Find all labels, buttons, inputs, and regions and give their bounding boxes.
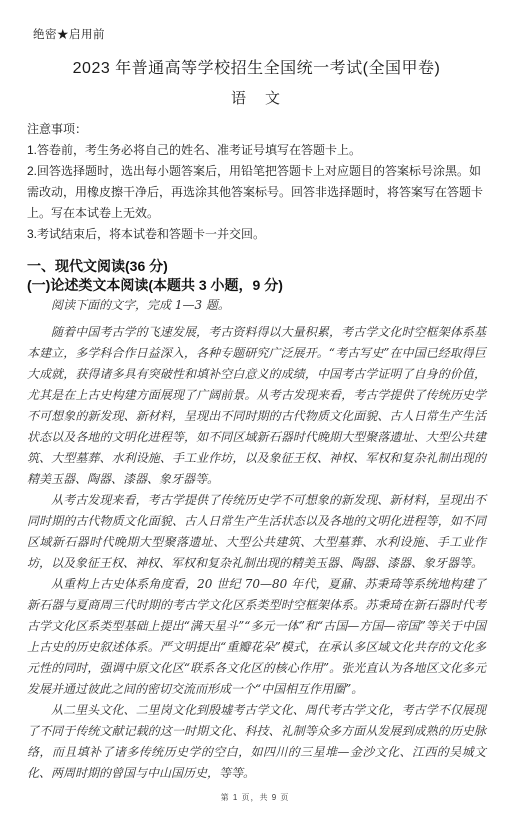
notice-item-2: 2.回答选择题时，选出每小题答案后，用铅笔把答题卡上对应题目的答案标号涂黑。如需…	[27, 161, 486, 224]
reading-instruction: 阅读下面的文字，完成 1—3 题。	[27, 296, 486, 315]
page-number-footer: 第 1 页，共 9 页	[0, 792, 510, 803]
subject-title: 语 文	[27, 87, 486, 108]
notice-heading: 注意事项：	[27, 119, 486, 140]
section-heading-modern-reading: 一、现代文阅读(36 分)	[27, 257, 486, 276]
notice-item-3: 3.考试结束后，将本试卷和答题卡一并交回。	[27, 224, 486, 245]
section-headings: 一、现代文阅读(36 分) (一)论述类文本阅读(本题共 3 小题，9 分)	[27, 257, 486, 295]
exam-paper-page: 绝密★启用前 2023 年普通高等学校招生全国统一考试(全国甲卷) 语 文 注意…	[0, 0, 510, 825]
passage-paragraph-4: 从二里头文化、二里岗文化到殷墟考古学文化、周代考古学文化，考古学不仅展现了不同于…	[27, 700, 486, 784]
notice-section: 注意事项： 1.答卷前，考生务必将自己的姓名、准考证号填写在答题卡上。 2.回答…	[27, 119, 486, 245]
passage-paragraph-2: 从考古发现来看，考古学提供了传统历史学不可想象的新发现、新材料，呈现出不同时期的…	[27, 490, 486, 574]
subsection-heading-argumentative-reading: (一)论述类文本阅读(本题共 3 小题，9 分)	[27, 276, 486, 295]
security-marking: 绝密★启用前	[33, 26, 486, 42]
exam-title: 2023 年普通高等学校招生全国统一考试(全国甲卷)	[27, 55, 486, 78]
passage-paragraph-3: 从重构上古史体系角度看，20 世纪 70—80 年代，夏鼐、苏秉琦等系统地构建了…	[27, 574, 486, 700]
notice-item-1: 1.答卷前，考生务必将自己的姓名、准考证号填写在答题卡上。	[27, 140, 486, 161]
passage-paragraph-1: 随着中国考古学的飞速发展，考古资料得以大量积累，考古学文化时空框架体系基本建立，…	[27, 322, 486, 490]
reading-passage: 随着中国考古学的飞速发展，考古资料得以大量积累，考古学文化时空框架体系基本建立，…	[27, 322, 486, 784]
